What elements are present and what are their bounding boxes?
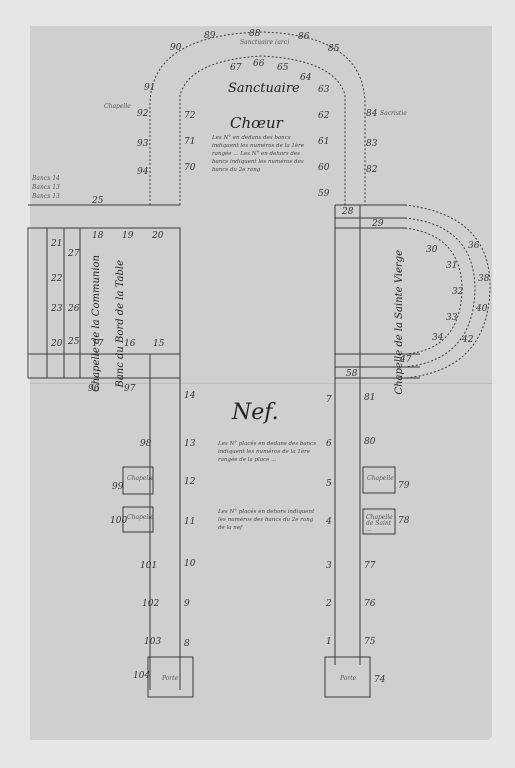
side-label: Sacristie [380, 111, 407, 117]
nave-number: 7 [326, 396, 332, 405]
apse-number: 90 [170, 44, 181, 53]
nave-number: 100 [110, 517, 127, 526]
nave-number: 102 [142, 600, 159, 609]
nave-note-1: Les N° placés en dedans des bancs indiqu… [218, 440, 318, 464]
transept-number: 18 [92, 232, 103, 241]
transept-number: 20 [152, 232, 163, 241]
corner-number: 25 [92, 197, 103, 206]
chapel-label: Chapelle de Saint ... [366, 515, 394, 533]
apse-number: 66 [253, 60, 264, 69]
choir-number: 71 [184, 138, 195, 147]
nave-number: 101 [140, 562, 157, 571]
left-chapel-title: Chapelle de la Communion [92, 255, 102, 392]
choir-number: 59 [318, 190, 329, 199]
outer-number: 82 [366, 166, 377, 175]
porch-label: Porte [162, 676, 178, 682]
choir-number: 62 [318, 112, 329, 121]
transept-number: 96 [88, 385, 99, 394]
arc-number: 30 [426, 246, 437, 255]
column-number: 26 [68, 305, 79, 314]
transept-number: 28 [342, 208, 353, 217]
nave-number: 76 [364, 600, 375, 609]
transept-number: 15 [153, 340, 164, 349]
apse-number: 85 [328, 45, 339, 54]
nave-number: 80 [364, 438, 375, 447]
apse-number: 63 [318, 86, 329, 95]
arc-number: 36 [468, 242, 479, 251]
right-chapel-title: Chapelle de la Sainte Vierge [395, 250, 405, 395]
nave-number: 2 [326, 600, 332, 609]
outer-number: 93 [137, 140, 148, 149]
column-number: 20 [51, 340, 62, 349]
apse-caption: Sanctuaire (arc) [240, 40, 290, 46]
choir-number: 70 [184, 164, 195, 173]
arc-number: 32 [452, 288, 463, 297]
transept-number: 47 [400, 356, 411, 365]
outer-number: 94 [137, 168, 148, 177]
nave-number: 13 [184, 440, 195, 449]
nave-title: Nef. [232, 402, 279, 424]
choir-number: 72 [184, 112, 195, 121]
legend: Bancs 14 Bancs 13 Bancs 13 [32, 176, 60, 200]
nave-number: 10 [184, 560, 195, 569]
transept-number: 58 [346, 370, 357, 379]
nave-number: 78 [398, 517, 409, 526]
left-chapel-subtitle: Banc du Bord de la Table [116, 260, 126, 388]
nave-number: 12 [184, 478, 195, 487]
column-number: 23 [51, 305, 62, 314]
choir-title: Chœur [230, 116, 283, 131]
apse-number: 88 [249, 30, 260, 39]
nave-number: 1 [326, 638, 332, 647]
column-number: 27 [68, 250, 79, 259]
nave-number: 14 [184, 392, 195, 401]
nave-number: 9 [184, 600, 190, 609]
choir-note: Les N° en dedans des bancs indiquent les… [212, 134, 312, 174]
outer-number: 92 [137, 110, 148, 119]
legend-item: Bancs 13 [32, 194, 60, 200]
chapel-label: Chapelle [367, 476, 394, 482]
chapel-label: Chapelle [127, 476, 154, 482]
apse-number: 64 [300, 74, 311, 83]
outer-number: 83 [366, 140, 377, 149]
transept-number: 29 [372, 220, 383, 229]
arc-number: 33 [446, 314, 457, 323]
apse-number: 86 [298, 33, 309, 42]
choir-number: 61 [318, 138, 329, 147]
nave-number: 74 [374, 676, 385, 685]
outer-number: 84 [366, 110, 377, 119]
nave-number: 81 [364, 394, 375, 403]
apse-number: 67 [230, 64, 241, 73]
porch-label: Porte [340, 676, 356, 682]
nave-number: 104 [133, 672, 150, 681]
choir-number: 60 [318, 164, 329, 173]
arc-number: 31 [446, 262, 457, 271]
column-number: 25 [68, 338, 79, 347]
sanctuary-label: Sanctuaire [228, 82, 300, 95]
arc-number: 34 [432, 334, 443, 343]
transept-number: 19 [122, 232, 133, 241]
nave-number: 103 [144, 638, 161, 647]
nave-number: 11 [184, 518, 195, 527]
nave-number: 79 [398, 482, 409, 491]
column-number: 22 [51, 275, 62, 284]
nave-number: 98 [140, 440, 151, 449]
arc-number: 38 [478, 275, 489, 284]
column-number: 21 [51, 240, 62, 249]
apse-number: 65 [277, 64, 288, 73]
nave-number: 6 [326, 440, 332, 449]
nave-number: 3 [326, 562, 332, 571]
outer-number: 91 [144, 84, 155, 93]
nave-number: 75 [364, 638, 375, 647]
nave-note-2: Les N° placés en dehors indiquent les nu… [218, 508, 318, 532]
nave-number: 5 [326, 480, 332, 489]
transept-number: 97 [124, 385, 135, 394]
arc-number: 42 [462, 336, 473, 345]
nave-number: 8 [184, 640, 190, 649]
nave-number: 4 [326, 518, 332, 527]
side-label: Chapelle [104, 104, 131, 110]
legend-item: Bancs 14 [32, 176, 60, 182]
nave-number: 99 [112, 483, 123, 492]
legend-item: Bancs 13 [32, 185, 60, 191]
apse-number: 89 [204, 32, 215, 41]
arc-number: 40 [476, 305, 487, 314]
nave-number: 77 [364, 562, 375, 571]
chapel-label: Chapelle [127, 515, 154, 521]
